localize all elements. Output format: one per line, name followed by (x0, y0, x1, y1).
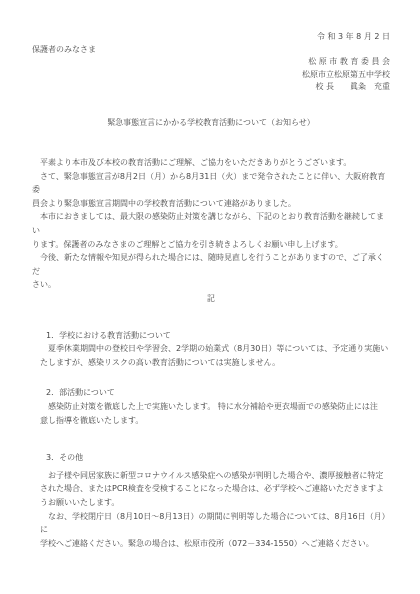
body-paragraph: 今後、新たな情報や知見が得られた場合には、随時見直しを行うことがありますので、ご… (32, 251, 390, 292)
notice-title: 緊急事態宣言にかかる学校教育活動について（お知らせ） (32, 116, 390, 130)
sender-block: 松 原 市 教 育 委 員 会 松原市立松原第五中学校 校 長 眞粂 充重 (32, 56, 390, 94)
body-paragraph: 平素より本市及び本校の教育活動にご理解、ご協力をいただきありがとうございます。 (32, 156, 390, 170)
body-paragraph: 本市におきましては、最大限の感染防止対策を講じながら、下記のとおり教育活動を継続… (32, 210, 390, 251)
section-heading: 3．その他 (40, 451, 390, 465)
sender-principal: 校 長 眞粂 充重 (32, 81, 390, 94)
body-paragraph: さて、緊急事態宣言が8月2日（月）から8月31日（火）まで発令されたことに伴い、… (32, 170, 390, 211)
section-club-activities: 2．部活動について 感染防止対策を徹底した上で実施いたします。 特に水分補給や更… (40, 386, 390, 427)
section-paragraph: お子様や同居家族に新型コロナウイルス感染症への感染が判明した場合や、濃厚接触者に… (40, 469, 390, 510)
section-paragraph: なお、学校閉庁日（8月10日～8月13日）の期間に判明等した場合については、8月… (40, 510, 390, 551)
document-date: 令 和 3 年 8 月 2 日 (32, 31, 390, 44)
section-other: 3．その他 お子様や同居家族に新型コロナウイルス感染症への感染が判明した場合や、… (40, 451, 390, 550)
section-paragraph: 感染防止対策を徹底した上で実施いたします。 特に水分補給や更衣場面での感染防止に… (40, 400, 390, 427)
section-school-activities: 1．学校における教育活動について 夏季休業期間中の登校日や学習会、2学期の始業式… (40, 329, 390, 370)
section-paragraph: 夏季休業期間中の登校日や学習会、2学期の始業式（8月30日）等については、予定通… (40, 342, 390, 369)
numbered-sections: 1．学校における教育活動について 夏季休業期間中の登校日や学習会、2学期の始業式… (32, 329, 390, 551)
section-heading: 2．部活動について (40, 386, 390, 400)
body-text: 平素より本市及び本校の教育活動にご理解、ご協力をいただきありがとうございます。 … (32, 156, 390, 292)
document-page: 令 和 3 年 8 月 2 日 保護者のみなさま 松 原 市 教 育 委 員 会… (0, 0, 420, 594)
recipient-line: 保護者のみなさま (32, 44, 390, 57)
sender-organization: 松 原 市 教 育 委 員 会 (32, 56, 390, 69)
sender-school: 松原市立松原第五中学校 (32, 69, 390, 82)
section-heading: 1．学校における教育活動について (40, 329, 390, 343)
ki-marker: 記 (32, 292, 390, 306)
